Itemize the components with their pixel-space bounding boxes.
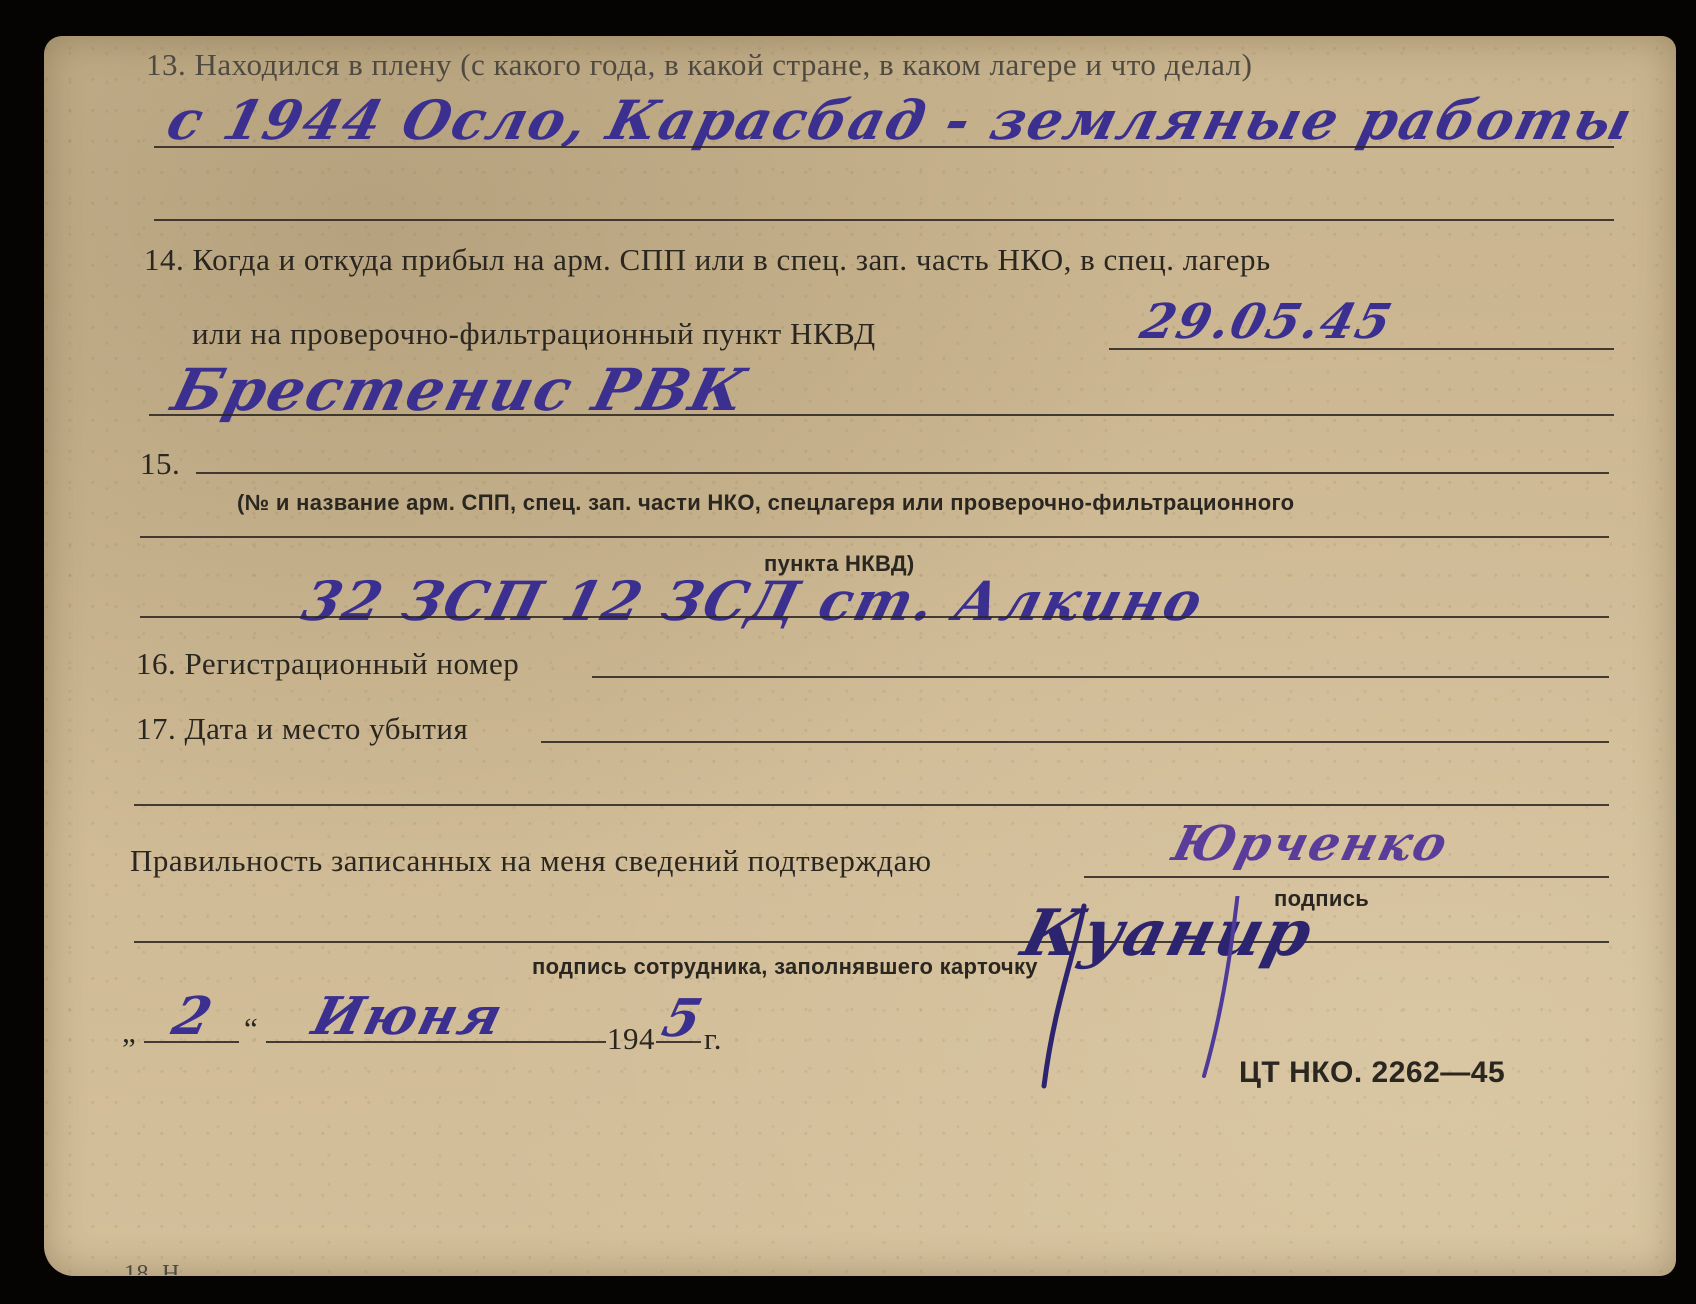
field-14-label-line1: 14. Когда и откуда прибыл на арм. СПП ил… [144, 242, 1271, 278]
field-16-line[interactable] [592, 676, 1609, 678]
field-15-line-1 [196, 472, 1609, 474]
print-code: ЦТ НКО. 2262—45 [1239, 1056, 1505, 1090]
field-15-line-3 [140, 616, 1609, 618]
field-14-date-line [1109, 348, 1614, 350]
date-year-unit: г. [704, 1021, 722, 1057]
field-17-label: 17. Дата и место убытия [136, 711, 468, 747]
bottom-cut-text: 18. Н [124, 1261, 180, 1275]
date-year-prefix: 194 [607, 1021, 655, 1057]
field-13-label: 13. Находился в плену (с какого года, в … [146, 47, 1252, 83]
field-14-origin-line [149, 414, 1614, 416]
field-13-line-2 [154, 219, 1614, 221]
field-13-line-1 [154, 146, 1614, 148]
date-close-quote: “ [244, 1011, 258, 1047]
confirmation-signature-line [1084, 876, 1609, 878]
registration-card: 13. Находился в плену (с какого года, в … [44, 36, 1676, 1276]
field-17-line-2[interactable] [134, 804, 1609, 806]
field-15-number: 15. [140, 446, 180, 482]
officer-signature-line [134, 941, 1609, 943]
field-16-label: 16. Регистрационный номер [136, 646, 519, 682]
field-15-value: 32 ЗСП 12 ЗСД ст. Алкино [296, 569, 1211, 633]
field-17-line-1[interactable] [541, 741, 1609, 743]
date-month: Июня [306, 986, 510, 1047]
confirmation-label: Правильность записанных на меня сведений… [130, 843, 932, 879]
officer-signature-caption: подпись сотрудника, заполнявшего карточк… [532, 954, 1038, 980]
date-year-suffix: 5 [656, 988, 709, 1049]
field-15-line-2 [140, 536, 1609, 538]
date-day: 2 [166, 986, 219, 1047]
field-14-date-value: 29.05.45 [1135, 294, 1399, 350]
date-open-quote: „ [122, 1014, 136, 1050]
field-14-label-line2: или на проверочно-фильтрационный пункт Н… [192, 316, 876, 352]
field-13-value: с 1944 Осло, Карасбад - земляные работы [161, 88, 1640, 152]
field-15-caption-line1: (№ и название арм. СПП, спец. зап. части… [237, 490, 1294, 516]
holder-signature: Юрченко [1167, 816, 1455, 872]
